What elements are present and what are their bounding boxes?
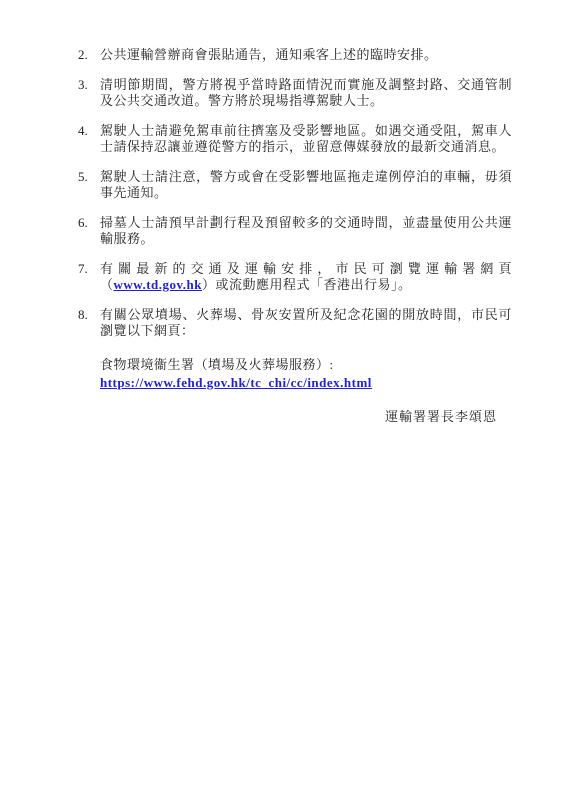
list-item-2: 2. 公共運輸營辦商會張貼通告，通知乘客上述的臨時安排。 — [78, 47, 512, 64]
list-item-7: 7. 有關最新的交通及運輸安排，市民可瀏覽運輸署網頁（www.td.gov.hk… — [78, 261, 512, 294]
list-item-6: 6. 掃墓人士請預早計劃行程及預留較多的交通時間，並盡量使用公共運輸服務。 — [78, 215, 512, 248]
item-text-after-link: ）或流動應用程式「香港出行易」。 — [202, 277, 412, 292]
list-item-8: 8. 有關公眾墳場、火葬場、骨灰安置所及紀念花園的開放時間，市民可瀏覽以下網頁： — [78, 307, 512, 340]
fehd-website-link[interactable]: https://www.fehd.gov.hk/tc_chi/cc/index.… — [100, 374, 372, 391]
item-number: 3. — [78, 77, 100, 110]
item-number: 8. — [78, 307, 100, 340]
item-text: 公共運輸營辦商會張貼通告，通知乘客上述的臨時安排。 — [100, 47, 512, 64]
list-item-5: 5. 駕駛人士請注意，警方或會在受影響地區拖走違例停泊的車輛，毋須事先通知。 — [78, 169, 512, 202]
item-number: 5. — [78, 169, 100, 202]
fehd-label: 食物環境衞生署（墳場及火葬場服務）: — [100, 356, 512, 373]
item-text: 掃墓人士請預早計劃行程及預留較多的交通時間，並盡量使用公共運輸服務。 — [100, 215, 512, 248]
item-number: 6. — [78, 215, 100, 248]
fehd-info-block: 食物環境衞生署（墳場及火葬場服務）: https://www.fehd.gov.… — [100, 356, 512, 391]
item-text: 駕駛人士請避免駕車前往擠塞及受影響地區。如遇交通受阻，駕車人士請保持忍讓並遵從警… — [100, 123, 512, 156]
td-website-link[interactable]: www.td.gov.hk — [114, 277, 203, 292]
list-item-3: 3. 清明節期間，警方將視乎當時路面情況而實施及調整封路、交通管制及公共交通改道… — [78, 77, 512, 110]
document-content: 2. 公共運輸營辦商會張貼通告，通知乘客上述的臨時安排。 3. 清明節期間，警方… — [0, 0, 566, 425]
item-text: 清明節期間，警方將視乎當時路面情況而實施及調整封路、交通管制及公共交通改道。警方… — [100, 77, 512, 110]
item-number: 2. — [78, 47, 100, 64]
item-number: 7. — [78, 261, 100, 294]
signature: 運輸署署長李頌恩 — [78, 409, 512, 426]
item-text: 駕駛人士請注意，警方或會在受影響地區拖走違例停泊的車輛，毋須事先通知。 — [100, 169, 512, 202]
item-text: 有關公眾墳場、火葬場、骨灰安置所及紀念花園的開放時間，市民可瀏覽以下網頁： — [100, 307, 512, 340]
item-text: 有關最新的交通及運輸安排，市民可瀏覽運輸署網頁（www.td.gov.hk）或流… — [100, 261, 512, 294]
list-item-4: 4. 駕駛人士請避免駕車前往擠塞及受影響地區。如遇交通受阻，駕車人士請保持忍讓並… — [78, 123, 512, 156]
document-page: 2. 公共運輸營辦商會張貼通告，通知乘客上述的臨時安排。 3. 清明節期間，警方… — [0, 0, 566, 800]
item-number: 4. — [78, 123, 100, 156]
